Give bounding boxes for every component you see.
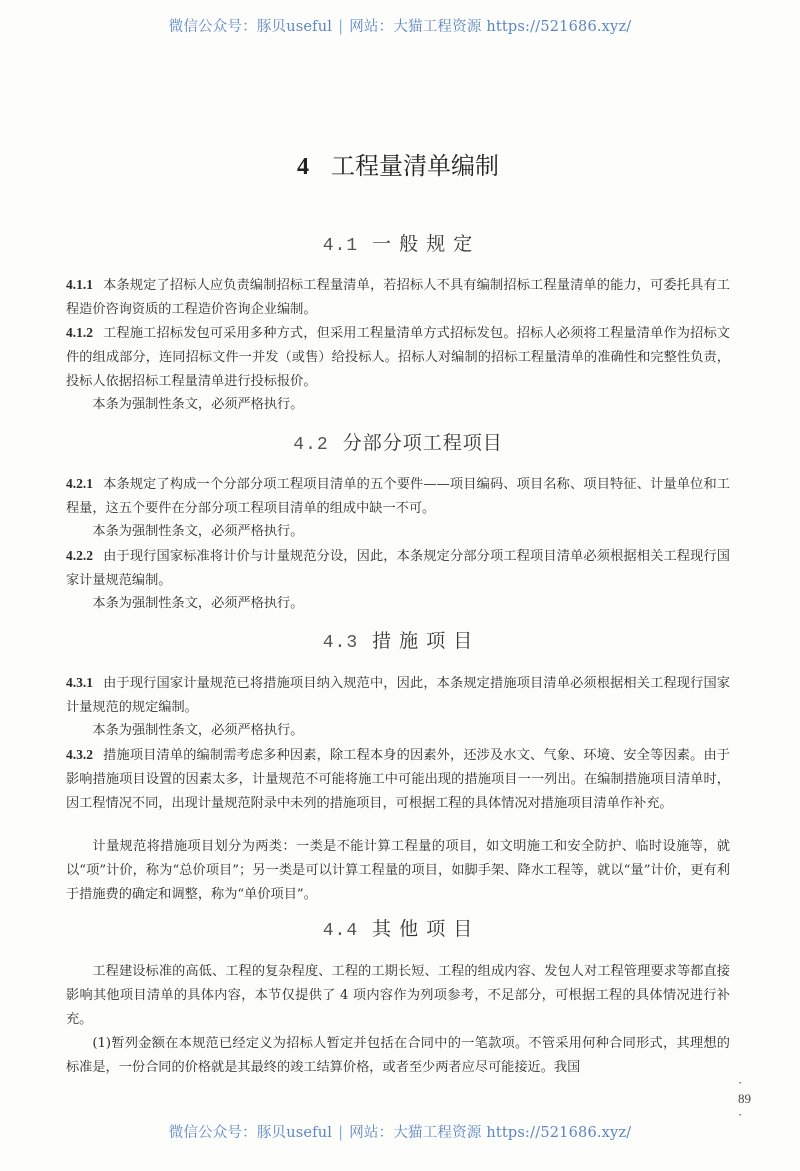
chapter-title-text: 工程量清单编制 (331, 152, 499, 180)
clause-4-2-1: 4.2.1本条规定了构成一个分部分项工程项目清单的五个要件——项目编码、项目名称… (66, 472, 730, 521)
chapter-title: 4工程量清单编制 (66, 146, 730, 181)
mandatory-note: 本条为强制性条文，必须严格执行。 (66, 520, 730, 544)
provisional-sum-paragraph: (1)暂列金额在本规范已经定义为招标人暂定并包括在合同中的一笔款项。不管采用何种… (66, 1032, 730, 1080)
watermark-wechat: 微信公众号：豚贝useful (169, 1125, 333, 1141)
clause-4-3-2: 4.3.2措施项目清单的编制需考虑多种因素，除工程本身的因素外，还涉及水文、气象… (66, 743, 730, 816)
section-heading-4-1: 4.1一 般 规 定 (66, 229, 730, 256)
chapter-number: 4 (297, 154, 309, 180)
watermark-separator: | (338, 19, 343, 35)
watermark-wechat: 微信公众号：豚贝useful (169, 19, 333, 35)
watermark-website: 网站：大猫工程资源 https://521686.xyz/ (349, 1125, 631, 1141)
watermark-footer: 微信公众号：豚贝useful|网站：大猫工程资源 https://521686.… (0, 1121, 800, 1142)
watermark-website: 网站：大猫工程资源 https://521686.xyz/ (349, 19, 631, 35)
page-number: · 89 · (738, 1075, 751, 1123)
measure-classification-paragraph: 计量规范将措施项目划分为两类：一类是不能计算工程量的项目，如文明施工和安全防护、… (66, 835, 730, 907)
watermark-separator: | (338, 1125, 343, 1141)
section-heading-4-3: 4.3措 施 项 目 (66, 626, 730, 653)
mandatory-note: 本条为强制性条文，必须严格执行。 (66, 719, 730, 743)
clause-4-1-2: 4.1.2工程施工招标发包可采用多种方式，但采用工程量清单方式招标发包。招标人必… (66, 321, 730, 394)
clause-4-1-1: 4.1.1本条规定了招标人应负责编制招标工程量清单，若招标人不具有编制招标工程量… (66, 273, 730, 322)
watermark-header: 微信公众号：豚贝useful|网站：大猫工程资源 https://521686.… (0, 15, 800, 36)
other-items-intro: 工程建设标准的高低、工程的复杂程度、工程的工期长短、工程的组成内容、发包人对工程… (66, 960, 730, 1032)
mandatory-note: 本条为强制性条文，必须严格执行。 (66, 393, 730, 417)
clause-4-2-2: 4.2.2由于现行国家标准将计价与计量规范分设，因此，本条规定分部分项工程项目清… (66, 544, 730, 593)
clause-4-3-1: 4.3.1由于现行国家计量规范已将措施项目纳入规范中，因此，本条规定措施项目清单… (66, 671, 730, 720)
section-heading-4-4: 4.4其 他 项 目 (66, 914, 730, 941)
section-heading-4-2: 4.2分部分项工程项目 (66, 428, 730, 455)
mandatory-note: 本条为强制性条文，必须严格执行。 (66, 592, 730, 616)
